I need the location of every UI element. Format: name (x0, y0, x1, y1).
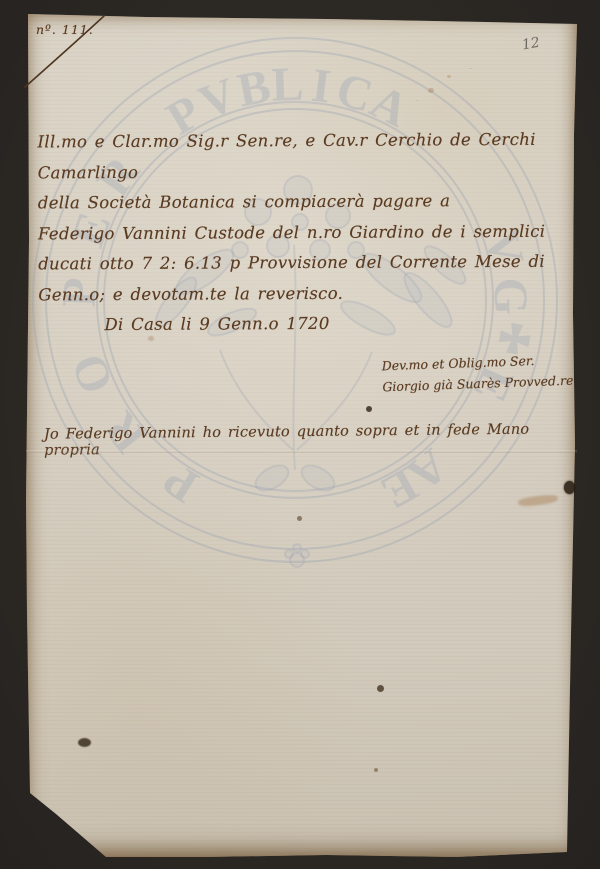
ink-spot (374, 768, 378, 772)
letter-line: Federigo Vannini Custode del n.ro Giardi… (38, 216, 578, 249)
foxing-spot (148, 336, 154, 341)
registry-number: nº. 111. (36, 22, 94, 37)
foxing-spots (428, 88, 434, 93)
letter-line: Genn.o; e devotam.te la reverisco. (38, 277, 578, 310)
date-line: Di Casa li 9 Genn.o 1720 (104, 308, 578, 341)
letter-line: Ill.mo e Clar.mo Sig.r Sen.re, e Cav.r C… (37, 125, 577, 189)
ink-spot (297, 516, 302, 521)
fold-crease (26, 450, 577, 453)
ink-blot (366, 406, 372, 412)
ink-blot (78, 738, 91, 747)
letter-line: della Società Botanica si compiacerà pag… (38, 186, 578, 219)
letter-line: ducati otto 7 2: 6.13 p Provvisione del … (38, 247, 578, 280)
letter-body: Ill.mo e Clar.mo Sig.r Sen.re, e Cav.r C… (37, 125, 578, 341)
ink-blot (377, 685, 384, 692)
folio-number: 12 (521, 35, 541, 54)
receipt-line: Jo Federigo Vannini ho ricevuto quanto s… (44, 421, 564, 458)
photographed-document: PVBLICAPERPROVGEAE (0, 0, 600, 869)
signature-block: Dev.mo et Oblig.mo Ser. Giorgio già Suar… (381, 349, 573, 398)
ink-blot (564, 481, 575, 494)
